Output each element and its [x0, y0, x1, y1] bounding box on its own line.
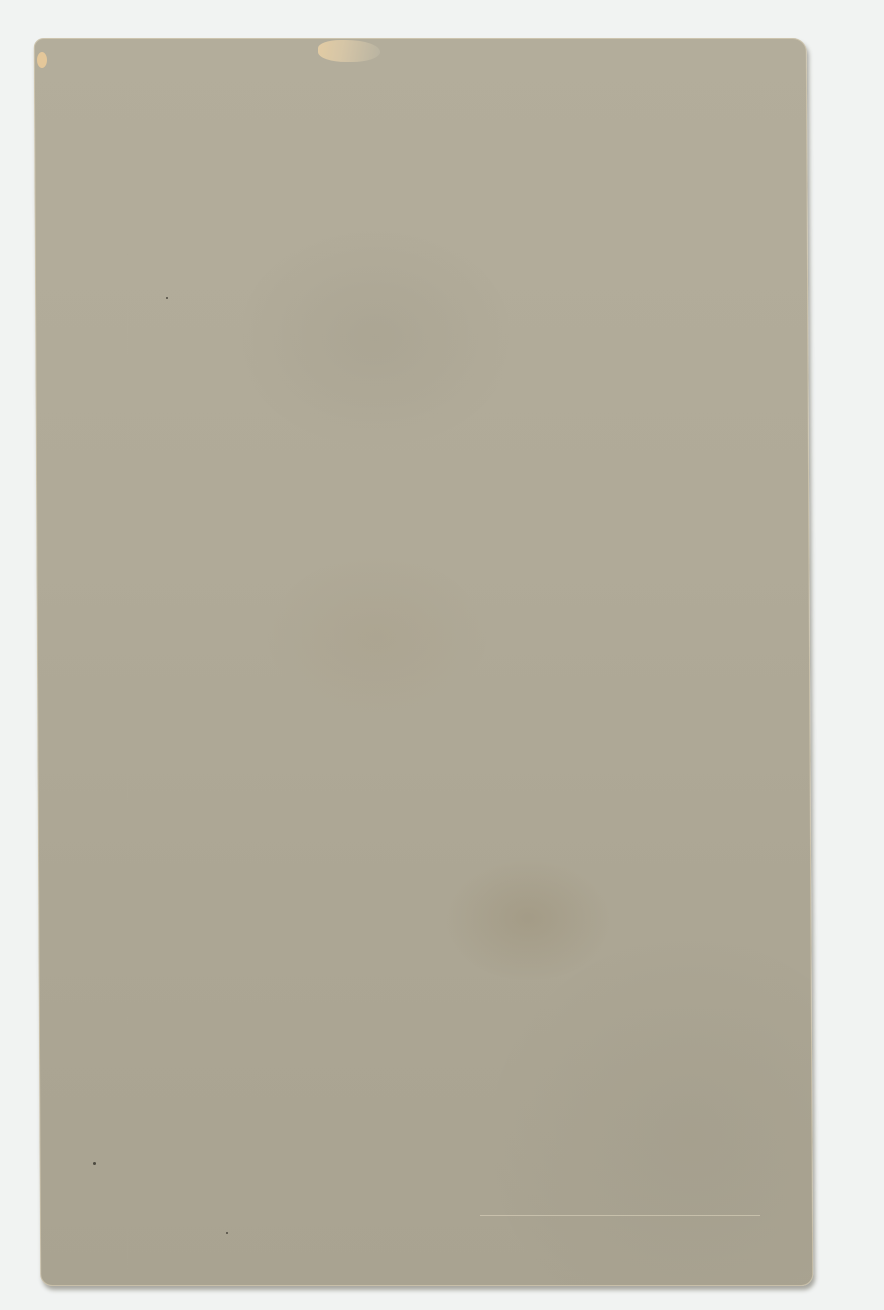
- top-edge-tear: [318, 40, 380, 62]
- faint-bottom-crease: [480, 1215, 760, 1216]
- dirt-speck: [166, 297, 168, 299]
- top-left-corner-wear: [37, 52, 47, 68]
- dirt-speck: [93, 1162, 96, 1165]
- card-back: [34, 38, 814, 1286]
- scanner-background: [0, 0, 884, 1310]
- dirt-speck: [226, 1232, 228, 1234]
